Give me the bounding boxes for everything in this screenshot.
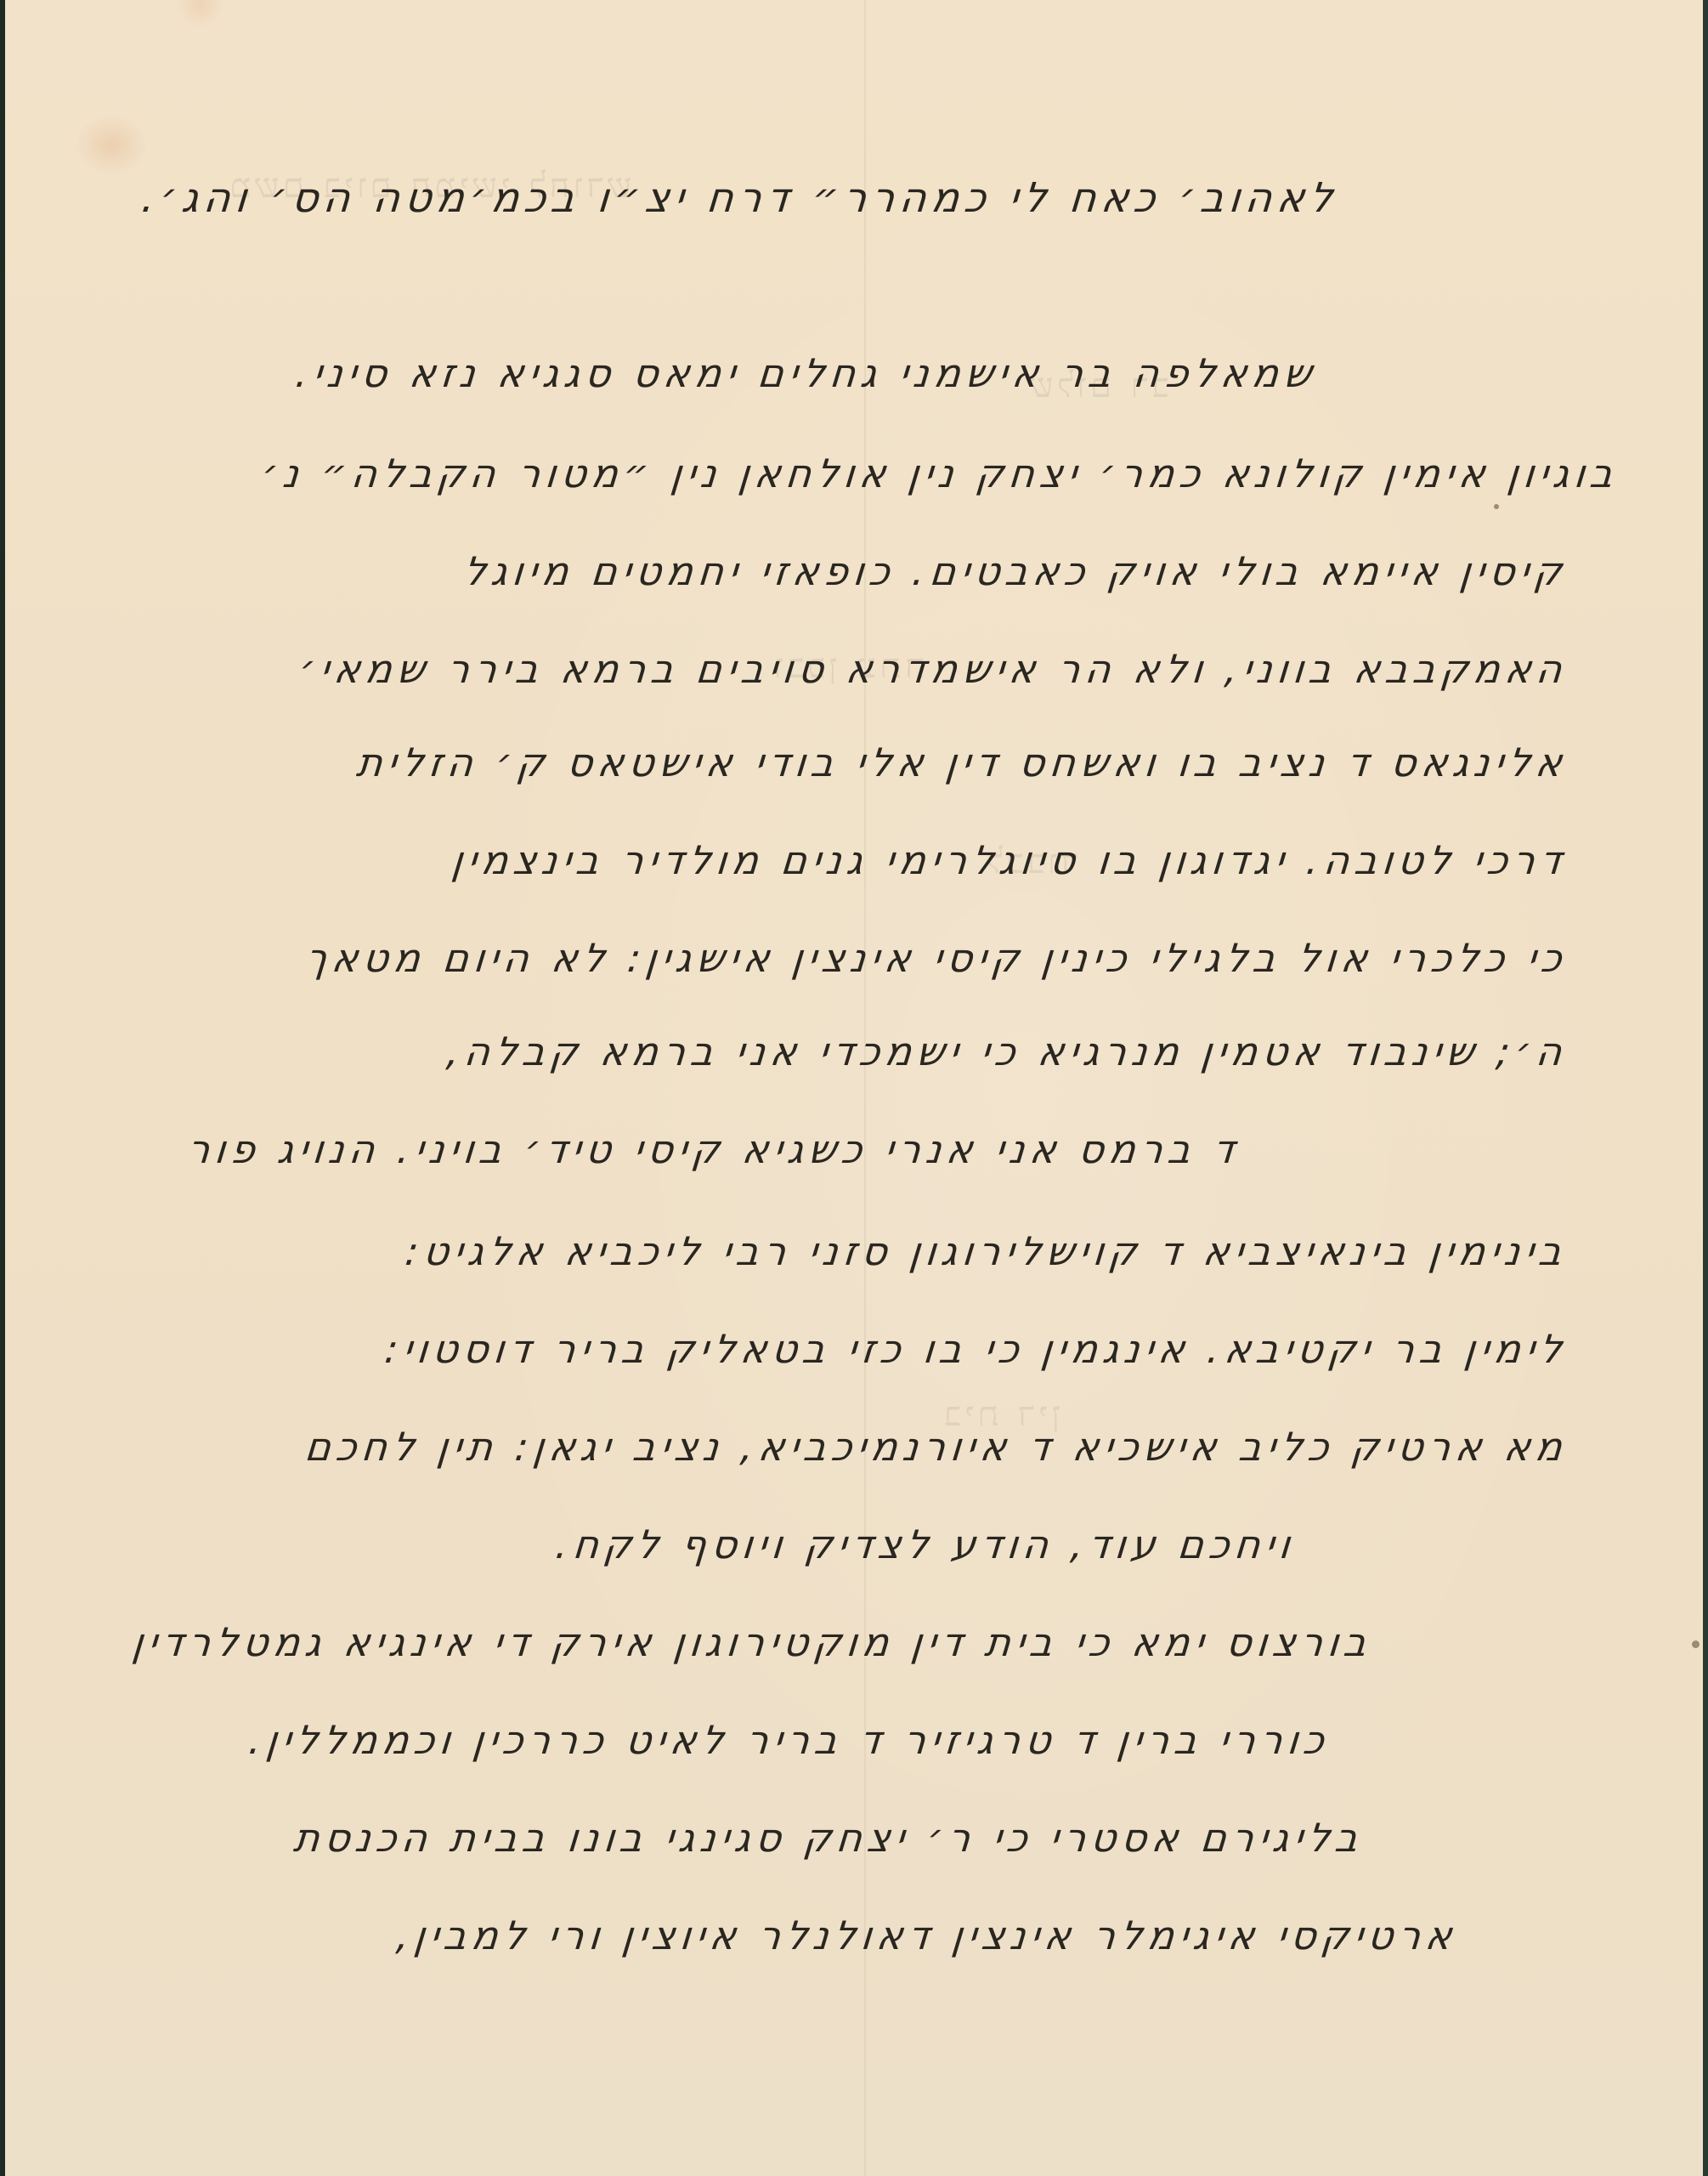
salutation-line: לאהוב׳ כאח לי כמהרר״ דרח יצ״ו בכמ׳מטה הס… <box>139 174 1340 222</box>
body-line: ויחכם עוד, הודע לצדיק ויוסף לקח. <box>553 1521 1298 1567</box>
body-line: שמאלפה בר אישמני גחלים ימאס סגגיא נזא סי… <box>293 350 1319 396</box>
closing-line: בורצוס ימא כי בית דין מוקטירוגון אירק די… <box>130 1619 1374 1665</box>
closing-line: ארטיקסי איגימלר אינצין דאולנלר איוצין ור… <box>394 1912 1459 1958</box>
body-line: בינימין בינאיצביא ד קוישלירוגון סזני רבי… <box>404 1228 1569 1274</box>
body-line: כי כלכרי אול בלגילי כינין קיסי אינצין אי… <box>303 935 1569 981</box>
body-line: ה׳; שינבוד אטמין מנרגיא כי ישמכדי אני בר… <box>444 1028 1569 1074</box>
body-line: דרכי לטובה. יגדוגון בו סיוגלרימי גנים מו… <box>450 837 1569 883</box>
closing-line: בליגירם אסטרי כי ר׳ יצחק סגינגי בונו בבי… <box>291 1815 1365 1861</box>
letter-page: משם ביום חמישי לחודש שלום רב ובכן עתה לכ… <box>5 0 1703 2176</box>
body-line: בוגיון אימין קולונא כמר׳ יצחק נין אולחאן… <box>259 450 1620 496</box>
scan-edge <box>1703 0 1708 2176</box>
body-line: מא ארטיק כליב אישכיא ד איורנמיכביא, נציב… <box>303 1424 1569 1470</box>
body-line: האמקבבא בווני, ולא הר אישמדרא סויבים ברמ… <box>297 646 1569 692</box>
body-line: קיסין איימא בולי אויק כאבטים. כופאזי יחמ… <box>461 548 1569 594</box>
body-line: ד ברמס אני אנרי כשגיא קיסי טיד׳ בויני. ה… <box>185 1126 1241 1172</box>
closing-line: כוררי ברין ד טרגיזיר ד בריר לאיט כררכין … <box>246 1717 1332 1763</box>
ink-dot <box>1692 1640 1700 1648</box>
body-line: לימין בר יקטיבא. אינגמין כי בו כזי בטאלי… <box>382 1326 1569 1372</box>
ink-dot <box>1494 504 1499 509</box>
body-line: אלינגאס ד נציב בו ואשחס דין אלי בודי איש… <box>354 739 1569 785</box>
